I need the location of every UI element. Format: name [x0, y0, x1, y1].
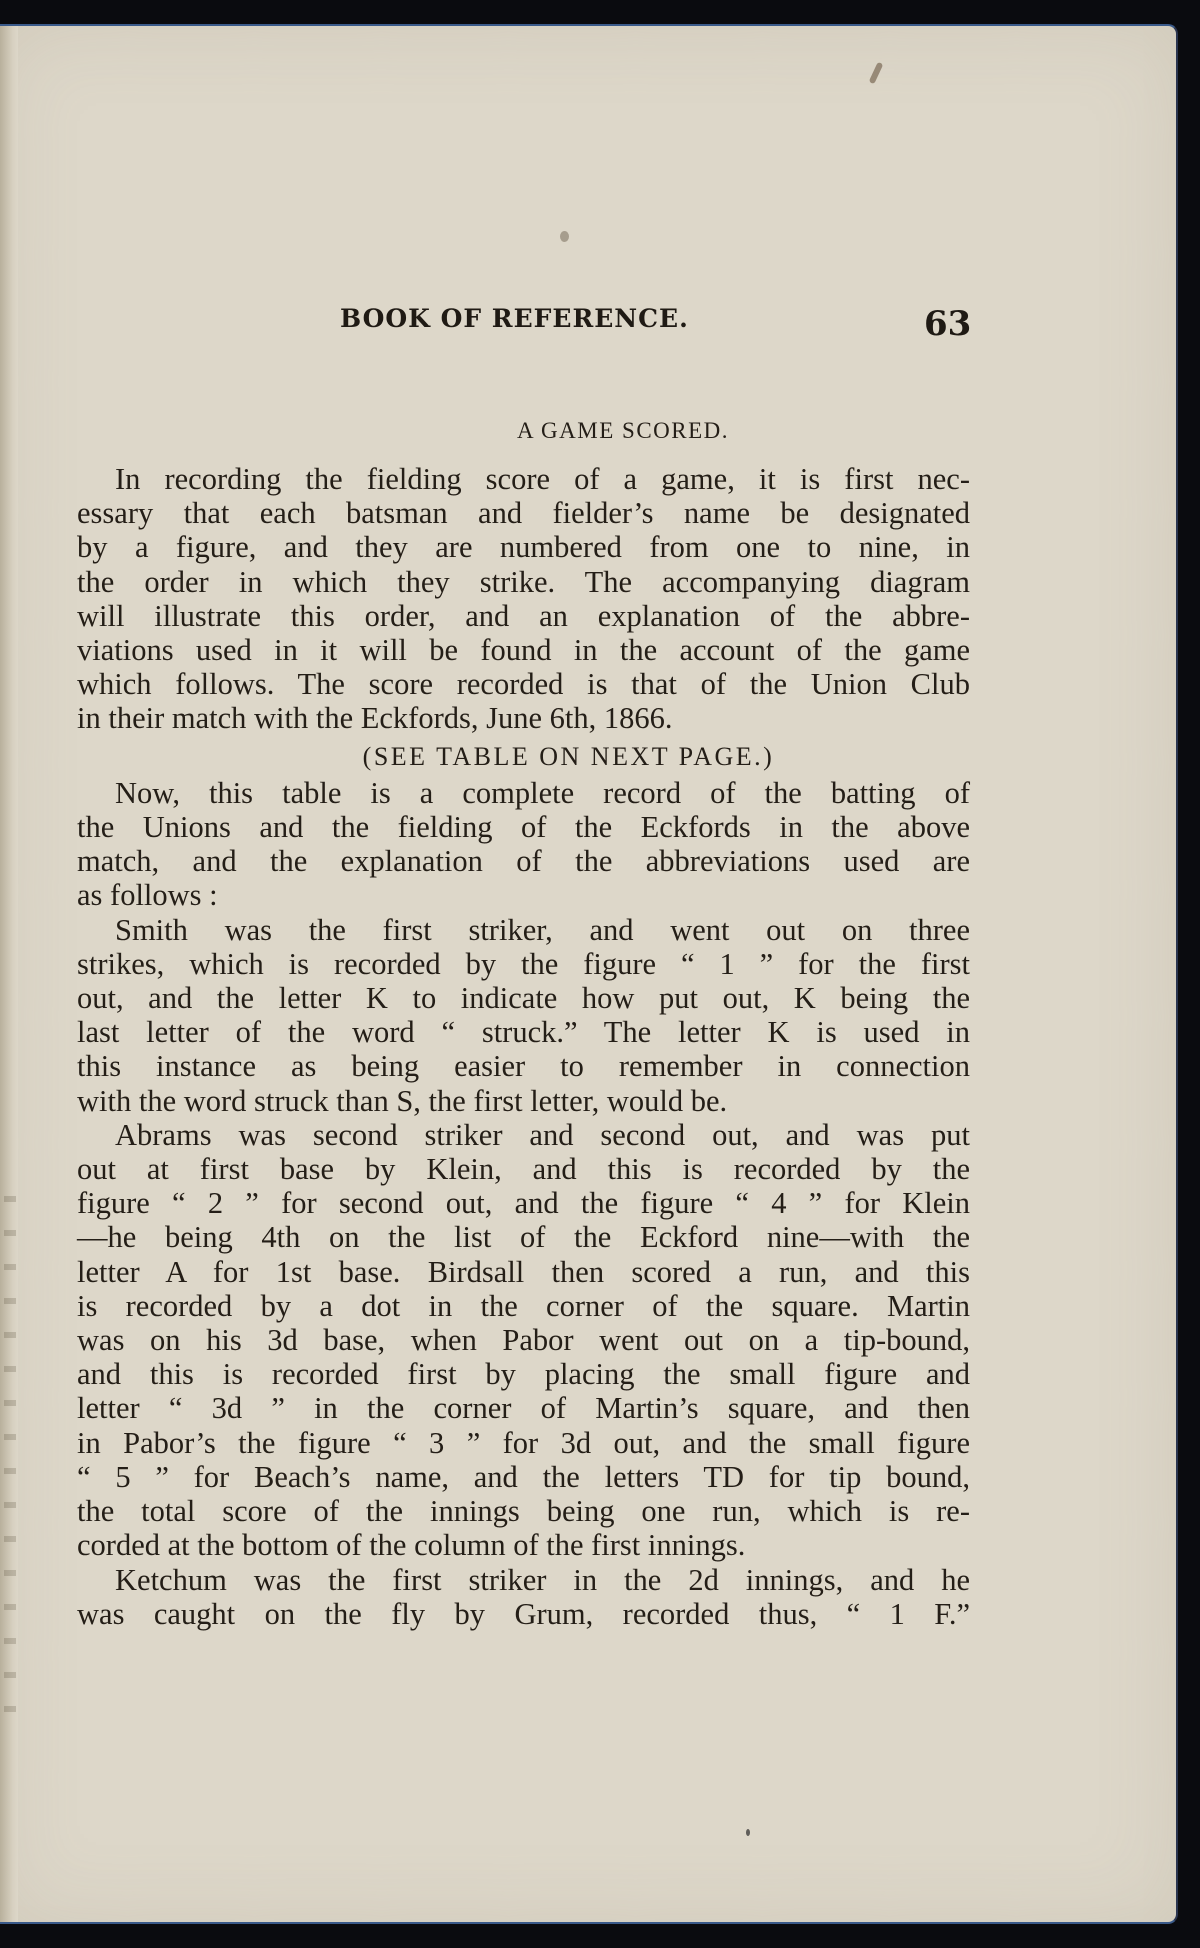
- text-line: corded at the bottom of the column of th…: [77, 1528, 970, 1562]
- text-line: essary that each batsman and fielder’s n…: [77, 496, 970, 530]
- book-page: BOOK OF REFERENCE. 63 A GAME SCORED. In …: [0, 24, 1178, 1924]
- paper-speck: [560, 231, 569, 242]
- text-line: match, and the explanation of the abbrev…: [77, 844, 970, 878]
- paragraph-abrams: Abrams was second striker and second out…: [77, 1118, 970, 1563]
- paragraph-ketchum: Ketchum was the first striker in the 2d …: [77, 1563, 970, 1631]
- page-number: 63: [924, 304, 971, 344]
- text-line: and this is recorded first by placing th…: [77, 1357, 970, 1391]
- text-line: strikes, which is recorded by the figure…: [77, 947, 970, 981]
- section-title: A GAME SCORED.: [0, 418, 1176, 444]
- text-line: Abrams was second striker and second out…: [77, 1118, 970, 1152]
- text-line: in their match with the Eckfords, June 6…: [77, 701, 970, 735]
- text-line: the Unions and the fielding of the Eckfo…: [77, 810, 970, 844]
- text-line: Now, this table is a complete record of …: [77, 776, 970, 810]
- paper-speck: [869, 62, 884, 84]
- text-line: the total score of the innings being one…: [77, 1494, 970, 1528]
- text-line: with the word struck than S, the first l…: [77, 1084, 970, 1118]
- text-line: figure “ 2 ” for second out, and the fig…: [77, 1186, 970, 1220]
- text-line: Smith was the first striker, and went ou…: [77, 913, 970, 947]
- text-line: by a figure, and they are numbered from …: [77, 530, 970, 564]
- text-line: which follows. The score recorded is tha…: [77, 667, 970, 701]
- paragraph-table-record: Now, this table is a complete record of …: [77, 776, 970, 913]
- text-line: “ 5 ” for Beach’s name, and the letters …: [77, 1460, 970, 1494]
- text-line: letter “ 3d ” in the corner of Martin’s …: [77, 1391, 970, 1425]
- text-line: as follows :: [77, 878, 970, 912]
- text-line: out at first base by Klein, and this is …: [77, 1152, 970, 1186]
- paper-speck: [746, 1829, 750, 1836]
- text-line: is recorded by a dot in the corner of th…: [77, 1289, 970, 1323]
- text-line: out, and the letter K to indicate how pu…: [77, 981, 970, 1015]
- text-line: the order in which they strike. The acco…: [77, 565, 970, 599]
- facing-page-edge: [4, 1196, 16, 1716]
- body-text: In recording the fielding score of a gam…: [77, 462, 970, 1631]
- text-line: this instance as being easier to remembe…: [77, 1049, 970, 1083]
- paragraph-smith: Smith was the first striker, and went ou…: [77, 913, 970, 1118]
- text-line: In recording the fielding score of a gam…: [77, 462, 970, 496]
- see-table-note: (SEE TABLE ON NEXT PAGE.): [77, 740, 970, 774]
- text-line: Ketchum was the first striker in the 2d …: [77, 1563, 970, 1597]
- text-line: will illustrate this order, and an expla…: [77, 599, 970, 633]
- text-line: in Pabor’s the figure “ 3 ” for 3d out, …: [77, 1426, 970, 1460]
- text-line: letter A for 1st base. Birdsall then sco…: [77, 1255, 970, 1289]
- text-line: was caught on the fly by Grum, recorded …: [77, 1597, 970, 1631]
- text-line: last letter of the word “ struck.” The l…: [77, 1015, 970, 1049]
- text-line: viations used in it will be found in the…: [77, 633, 970, 667]
- running-head: BOOK OF REFERENCE.: [340, 304, 689, 333]
- text-line: was on his 3d base, when Pabor went out …: [77, 1323, 970, 1357]
- paragraph-intro: In recording the fielding score of a gam…: [77, 462, 970, 736]
- text-line: —he being 4th on the list of the Eckford…: [77, 1220, 970, 1254]
